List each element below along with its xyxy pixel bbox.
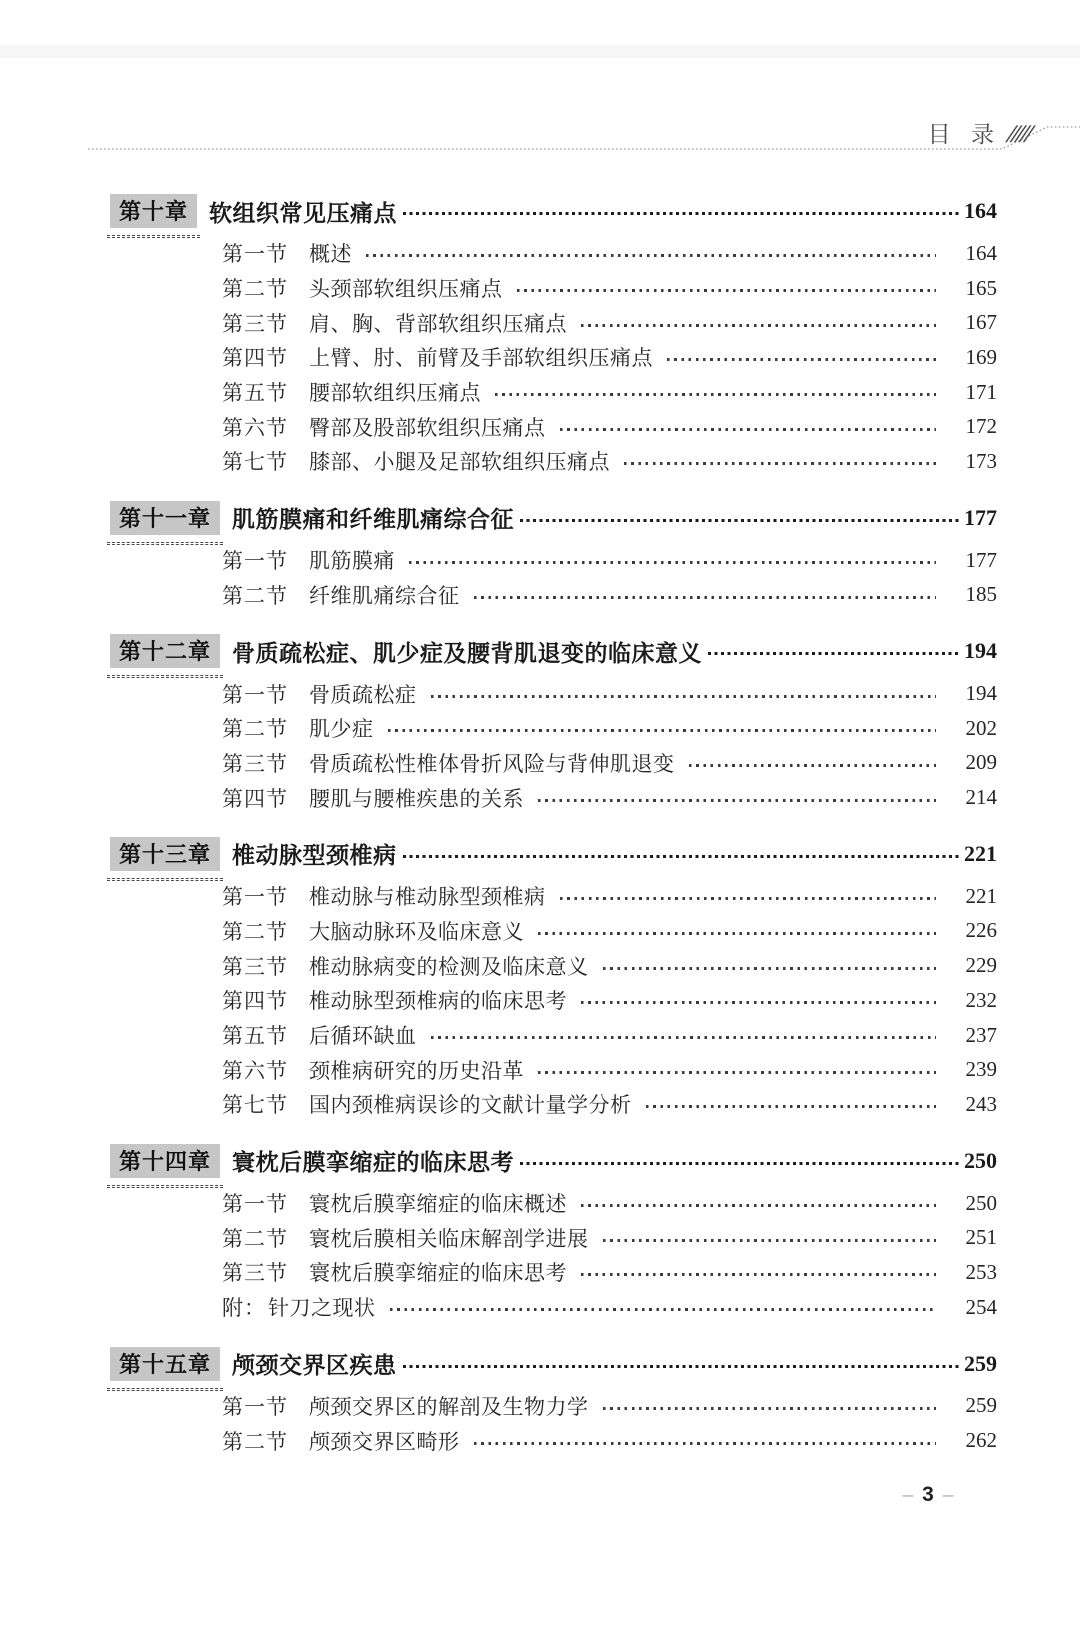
section-page-number: 232 (951, 988, 997, 1013)
dot-leader (538, 1071, 936, 1074)
chapter-row: 第十三章 椎动脉型颈椎病 221 (110, 839, 997, 869)
chapter-number-label: 第十章 (110, 194, 197, 228)
section-number-label: 第二节 (222, 273, 288, 303)
section-title: 骨质疏松症 (309, 679, 417, 709)
section-number-label: 第二节 (222, 916, 288, 946)
dot-leader (538, 799, 936, 802)
toc-chapter: 第十五章 颅颈交界区疾患 259 第一节 颅颈交界区的解剖及生物力学 259 第… (110, 1349, 997, 1458)
header-rule-line (0, 122, 1080, 156)
section-row: 第三节 骨质疏松性椎体骨折风险与背伸肌退变 209 (110, 746, 997, 781)
section-page-number: 202 (951, 716, 997, 741)
section-page-number: 229 (951, 953, 997, 978)
dot-leader (560, 897, 937, 900)
section-title: 颈椎病研究的历史沿革 (309, 1055, 524, 1085)
section-title: 纤维肌痛综合征 (309, 580, 460, 610)
dot-leader (624, 462, 936, 465)
dot-leader (603, 1239, 937, 1242)
section-title: 骨质疏松性椎体骨折风险与背伸肌退变 (309, 748, 675, 778)
section-title: 肩、胸、背部软组织压痛点 (309, 308, 567, 338)
dot-leader (474, 1442, 937, 1445)
section-number-label: 第二节 (222, 713, 288, 743)
section-row: 第二节 寰枕后膜相关临床解剖学进展 251 (110, 1220, 997, 1255)
section-row: 第三节 肩、胸、背部软组织压痛点 167 (110, 305, 997, 340)
toc-chapter: 第十一章 肌筋膜痛和纤维肌痛综合征 177 第一节 肌筋膜痛 177 第二节 纤… (110, 503, 997, 612)
toc-list: 第十章 软组织常见压痛点 164 第一节 概述 164 第二节 头颈部软组织压痛… (110, 186, 997, 1458)
section-number-label: 第一节 (222, 545, 288, 575)
chapter-title: 颅颈交界区疾患 (232, 1347, 397, 1380)
folio-left-dash: – (903, 1482, 914, 1507)
section-row: 附： 针刀之现状 254 (110, 1290, 997, 1325)
section-page-number: 164 (951, 241, 997, 266)
dot-leader (409, 561, 936, 564)
section-number-label: 第四节 (222, 985, 288, 1015)
section-number-label: 第六节 (222, 1055, 288, 1085)
dot-leader (708, 652, 961, 655)
section-title: 寰枕后膜挛缩症的临床概述 (309, 1188, 567, 1218)
section-title: 椎动脉病变的检测及临床意义 (309, 951, 589, 981)
chapter-sections: 第一节 骨质疏松症 194 第二节 肌少症 202 第三节 骨质疏松性椎体骨折风… (110, 676, 997, 815)
section-row: 第三节 椎动脉病变的检测及临床意义 229 (110, 948, 997, 983)
section-number-label: 第四节 (222, 342, 288, 372)
section-page-number: 214 (951, 785, 997, 810)
chapter-page-number: 250 (964, 1148, 997, 1174)
page-folio: – 3 – (868, 1482, 988, 1507)
section-number-label: 第五节 (222, 377, 288, 407)
section-row: 第二节 纤维肌痛综合征 185 (110, 578, 997, 613)
chapter-row: 第十五章 颅颈交界区疾患 259 (110, 1349, 997, 1379)
folio-right-dash: – (943, 1482, 954, 1507)
dot-leader (581, 1204, 936, 1207)
chapter-row: 第十四章 寰枕后膜挛缩症的临床思考 250 (110, 1146, 997, 1176)
dot-leader (431, 695, 937, 698)
section-page-number: 254 (951, 1295, 997, 1320)
section-row: 第一节 概述 164 (110, 236, 997, 271)
section-number-label: 附： (222, 1292, 266, 1322)
dot-leader (366, 254, 936, 257)
section-number-label: 第七节 (222, 1089, 288, 1119)
section-page-number: 209 (951, 750, 997, 775)
section-page-number: 262 (951, 1428, 997, 1453)
section-title: 肌筋膜痛 (309, 545, 395, 575)
section-row: 第一节 寰枕后膜挛缩症的临床概述 250 (110, 1186, 997, 1221)
dot-leader (474, 596, 937, 599)
section-page-number: 177 (951, 548, 997, 573)
dot-leader (581, 1273, 936, 1276)
dot-leader (603, 967, 937, 970)
section-number-label: 第一节 (222, 881, 288, 911)
section-title: 寰枕后膜挛缩症的临床思考 (309, 1257, 567, 1287)
section-row: 第一节 颅颈交界区的解剖及生物力学 259 (110, 1389, 997, 1424)
section-row: 第六节 臀部及股部软组织压痛点 172 (110, 409, 997, 444)
chapter-page-number: 194 (964, 638, 997, 664)
dot-leader (431, 1036, 937, 1039)
chapter-sections: 第一节 概述 164 第二节 头颈部软组织压痛点 165 第三节 肩、胸、背部软… (110, 236, 997, 479)
dot-leader (517, 289, 937, 292)
section-row: 第四节 椎动脉型颈椎病的临床思考 232 (110, 983, 997, 1018)
chapter-sections: 第一节 寰枕后膜挛缩症的临床概述 250 第二节 寰枕后膜相关临床解剖学进展 2… (110, 1186, 997, 1325)
chapter-title: 椎动脉型颈椎病 (232, 837, 397, 870)
chapter-sections: 第一节 肌筋膜痛 177 第二节 纤维肌痛综合征 185 (110, 543, 997, 612)
section-number-label: 第五节 (222, 1020, 288, 1050)
section-title: 腰肌与腰椎疾患的关系 (309, 783, 524, 813)
section-title: 椎动脉与椎动脉型颈椎病 (309, 881, 546, 911)
section-page-number: 185 (951, 582, 997, 607)
section-number-label: 第六节 (222, 412, 288, 442)
chapter-title: 软组织常见压痛点 (209, 195, 397, 228)
section-title: 上臂、肘、前臂及手部软组织压痛点 (309, 342, 653, 372)
section-page-number: 239 (951, 1057, 997, 1082)
dot-leader (603, 1407, 937, 1410)
section-row: 第五节 后循环缺血 237 (110, 1018, 997, 1053)
toc-chapter: 第十章 软组织常见压痛点 164 第一节 概述 164 第二节 头颈部软组织压痛… (110, 196, 997, 479)
section-number-label: 第一节 (222, 238, 288, 268)
section-row: 第二节 大脑动脉环及临床意义 226 (110, 914, 997, 949)
section-title: 颅颈交界区的解剖及生物力学 (309, 1391, 589, 1421)
toc-chapter: 第十二章 骨质疏松症、肌少症及腰背肌退变的临床意义 194 第一节 骨质疏松症 … (110, 636, 997, 815)
section-title: 腰部软组织压痛点 (309, 377, 481, 407)
dot-leader (581, 1001, 936, 1004)
section-page-number: 171 (951, 380, 997, 405)
section-number-label: 第三节 (222, 951, 288, 981)
folio-page-number: 3 (922, 1483, 934, 1507)
chapter-page-number: 177 (964, 505, 997, 531)
section-title: 后循环缺血 (309, 1020, 417, 1050)
toc-chapter: 第十四章 寰枕后膜挛缩症的临床思考 250 第一节 寰枕后膜挛缩症的临床概述 2… (110, 1146, 997, 1325)
dot-leader (538, 932, 936, 935)
section-row: 第一节 骨质疏松症 194 (110, 676, 997, 711)
section-page-number: 259 (951, 1393, 997, 1418)
section-row: 第一节 椎动脉与椎动脉型颈椎病 221 (110, 879, 997, 914)
section-number-label: 第四节 (222, 783, 288, 813)
chapter-title: 骨质疏松症、肌少症及腰背肌退变的临床意义 (232, 635, 702, 668)
section-row: 第四节 腰肌与腰椎疾患的关系 214 (110, 780, 997, 815)
section-number-label: 第一节 (222, 679, 288, 709)
dot-leader (667, 358, 936, 361)
section-row: 第二节 颅颈交界区畸形 262 (110, 1423, 997, 1458)
section-page-number: 167 (951, 310, 997, 335)
section-page-number: 173 (951, 449, 997, 474)
chapter-page-number: 221 (964, 841, 997, 867)
dot-leader (495, 393, 936, 396)
dot-leader (403, 212, 961, 215)
section-page-number: 226 (951, 918, 997, 943)
section-page-number: 172 (951, 414, 997, 439)
dot-leader (390, 1308, 937, 1311)
chapter-title: 肌筋膜痛和纤维肌痛综合征 (232, 501, 514, 534)
section-title: 肌少症 (309, 713, 374, 743)
section-title: 臀部及股部软组织压痛点 (309, 412, 546, 442)
section-page-number: 221 (951, 884, 997, 909)
toc-chapter: 第十三章 椎动脉型颈椎病 221 第一节 椎动脉与椎动脉型颈椎病 221 第二节… (110, 839, 997, 1122)
section-page-number: 237 (951, 1023, 997, 1048)
section-row: 第三节 寰枕后膜挛缩症的临床思考 253 (110, 1255, 997, 1290)
section-title: 颅颈交界区畸形 (309, 1426, 460, 1456)
chapter-page-number: 164 (964, 198, 997, 224)
dot-leader (520, 1162, 961, 1165)
section-row: 第四节 上臂、肘、前臂及手部软组织压痛点 169 (110, 340, 997, 375)
section-number-label: 第三节 (222, 308, 288, 338)
section-number-label: 第二节 (222, 1223, 288, 1253)
dot-leader (403, 1365, 961, 1368)
section-title: 国内颈椎病误诊的文献计量学分析 (309, 1089, 632, 1119)
section-title: 寰枕后膜相关临床解剖学进展 (309, 1223, 589, 1253)
section-row: 第一节 肌筋膜痛 177 (110, 543, 997, 578)
section-page-number: 251 (951, 1225, 997, 1250)
section-title: 头颈部软组织压痛点 (309, 273, 503, 303)
section-title: 大脑动脉环及临床意义 (309, 916, 524, 946)
chapter-number-label: 第十二章 (110, 634, 220, 668)
chapter-row: 第十一章 肌筋膜痛和纤维肌痛综合征 177 (110, 503, 997, 533)
dot-leader (689, 764, 937, 767)
chapter-page-number: 259 (964, 1351, 997, 1377)
dot-leader (403, 855, 961, 858)
section-row: 第七节 膝部、小腿及足部软组织压痛点 173 (110, 444, 997, 479)
dot-leader (560, 428, 937, 431)
section-row: 第二节 肌少症 202 (110, 711, 997, 746)
section-number-label: 第一节 (222, 1391, 288, 1421)
chapter-sections: 第一节 椎动脉与椎动脉型颈椎病 221 第二节 大脑动脉环及临床意义 226 第… (110, 879, 997, 1122)
section-row: 第五节 腰部软组织压痛点 171 (110, 375, 997, 410)
chapter-title: 寰枕后膜挛缩症的临床思考 (232, 1144, 514, 1177)
section-title: 针刀之现状 (268, 1292, 376, 1322)
dot-leader (520, 519, 961, 522)
section-number-label: 第三节 (222, 1257, 288, 1287)
section-row: 第七节 国内颈椎病误诊的文献计量学分析 243 (110, 1087, 997, 1122)
section-page-number: 194 (951, 681, 997, 706)
section-title: 概述 (309, 238, 352, 268)
section-number-label: 第二节 (222, 1426, 288, 1456)
dot-leader (388, 729, 937, 732)
toc-page: 目 录 ///// 第十章 软组织常见压痛点 164 第一节 概述 164 第二… (0, 0, 1080, 1628)
section-number-label: 第三节 (222, 748, 288, 778)
section-title: 椎动脉型颈椎病的临床思考 (309, 985, 567, 1015)
dot-leader (646, 1105, 937, 1108)
section-page-number: 165 (951, 276, 997, 301)
section-number-label: 第一节 (222, 1188, 288, 1218)
chapter-number-label: 第十四章 (110, 1144, 220, 1178)
section-title: 膝部、小腿及足部软组织压痛点 (309, 446, 610, 476)
section-page-number: 169 (951, 345, 997, 370)
section-number-label: 第七节 (222, 446, 288, 476)
chapter-sections: 第一节 颅颈交界区的解剖及生物力学 259 第二节 颅颈交界区畸形 262 (110, 1389, 997, 1458)
chapter-number-label: 第十三章 (110, 837, 220, 871)
chapter-row: 第十章 软组织常见压痛点 164 (110, 196, 997, 226)
section-row: 第二节 头颈部软组织压痛点 165 (110, 271, 997, 306)
section-page-number: 253 (951, 1260, 997, 1285)
dot-leader (581, 324, 936, 327)
chapter-number-label: 第十一章 (110, 501, 220, 535)
section-number-label: 第二节 (222, 580, 288, 610)
chapter-row: 第十二章 骨质疏松症、肌少症及腰背肌退变的临床意义 194 (110, 636, 997, 666)
section-page-number: 250 (951, 1191, 997, 1216)
section-row: 第六节 颈椎病研究的历史沿革 239 (110, 1052, 997, 1087)
chapter-number-label: 第十五章 (110, 1347, 220, 1381)
section-page-number: 243 (951, 1092, 997, 1117)
scan-shade-band (0, 45, 1080, 58)
